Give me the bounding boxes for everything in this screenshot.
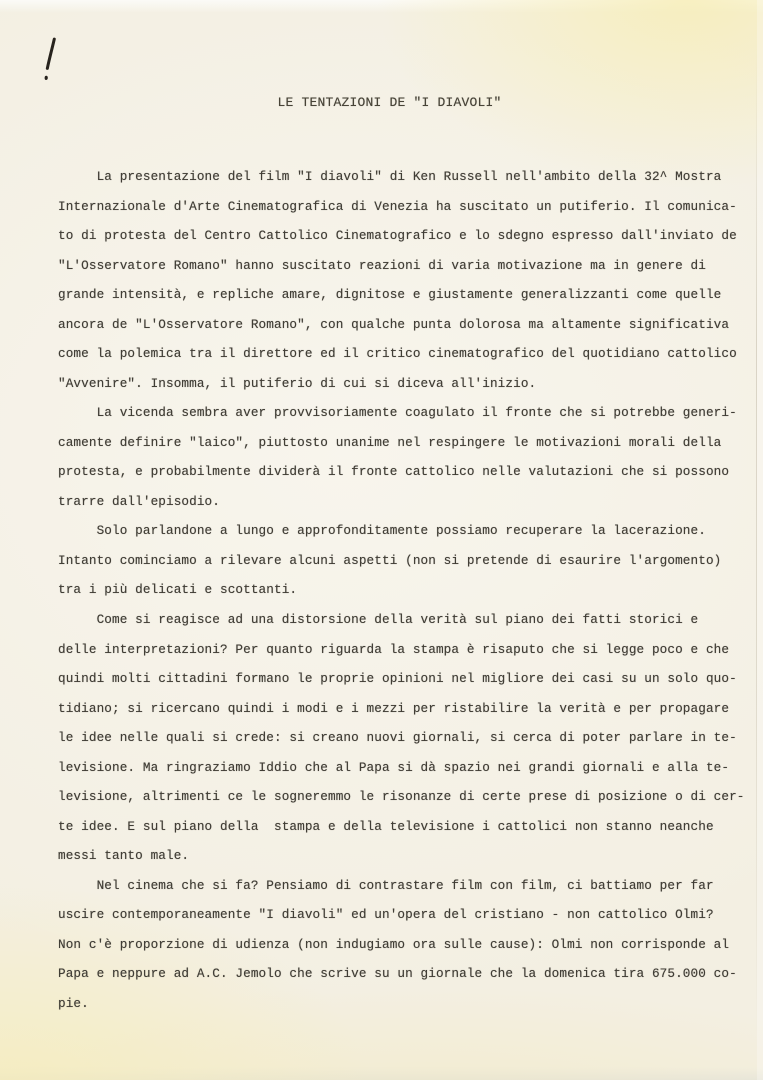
document-line: camente definire "laico", piuttosto unan… <box>58 428 753 458</box>
document-line: levisione. Ma ringraziamo Iddio che al P… <box>58 753 753 783</box>
document-line: Papa e neppure ad A.C. Jemolo che scrive… <box>58 959 753 989</box>
document-line: delle interpretazioni? Per quanto riguar… <box>58 635 753 665</box>
document-body: La presentazione del film "I diavoli" di… <box>58 162 753 1018</box>
document-line: trarre dall'episodio. <box>58 487 753 517</box>
document-line: "L'Osservatore Romano" hanno suscitato r… <box>58 251 753 281</box>
document-line: tra i più delicati e scottanti. <box>58 575 753 605</box>
document-line: ancora de "L'Osservatore Romano", con qu… <box>58 310 753 340</box>
document-line: Come si reagisce ad una distorsione dell… <box>58 605 753 635</box>
page-edge-highlight <box>757 0 763 1080</box>
document-page: LE TENTAZIONI DE "I DIAVOLI" La presenta… <box>0 0 763 1080</box>
document-line: Internazionale d'Arte Cinematografica di… <box>58 192 753 222</box>
document-line: La presentazione del film "I diavoli" di… <box>58 162 753 192</box>
document-line: La vicenda sembra aver provvisoriamente … <box>58 398 753 428</box>
document-line: tidiano; si ricercano quindi i modi e i … <box>58 694 753 724</box>
document-line: Intanto cominciamo a rilevare alcuni asp… <box>58 546 753 576</box>
document-line: te idee. E sul piano della stampa e dell… <box>58 812 753 842</box>
document-line: protesta, e probabilmente dividerà il fr… <box>58 457 753 487</box>
document-line: levisione, altrimenti ce le sogneremmo l… <box>58 782 753 812</box>
document-line: quindi molti cittadini formano le propri… <box>58 664 753 694</box>
document-line: come la polemica tra il direttore ed il … <box>58 339 753 369</box>
document-line: "Avvenire". Insomma, il putiferio di cui… <box>58 369 753 399</box>
document-line: le idee nelle quali si crede: si creano … <box>58 723 753 753</box>
document-line: Nel cinema che si fa? Pensiamo di contra… <box>58 871 753 901</box>
document-line: grande intensità, e repliche amare, dign… <box>58 280 753 310</box>
document-line: to di protesta del Centro Cattolico Cine… <box>58 221 753 251</box>
document-line: Non c'è proporzione di udienza (non indu… <box>58 930 753 960</box>
document-line: messi tanto male. <box>58 841 753 871</box>
document-line: pie. <box>58 989 753 1019</box>
document-title: LE TENTAZIONI DE "I DIAVOLI" <box>8 95 763 111</box>
handwritten-exclamation-icon <box>41 37 59 86</box>
document-line: Solo parlandone a lungo e approfonditame… <box>58 516 753 546</box>
document-line: uscire contemporaneamente "I diavoli" ed… <box>58 900 753 930</box>
